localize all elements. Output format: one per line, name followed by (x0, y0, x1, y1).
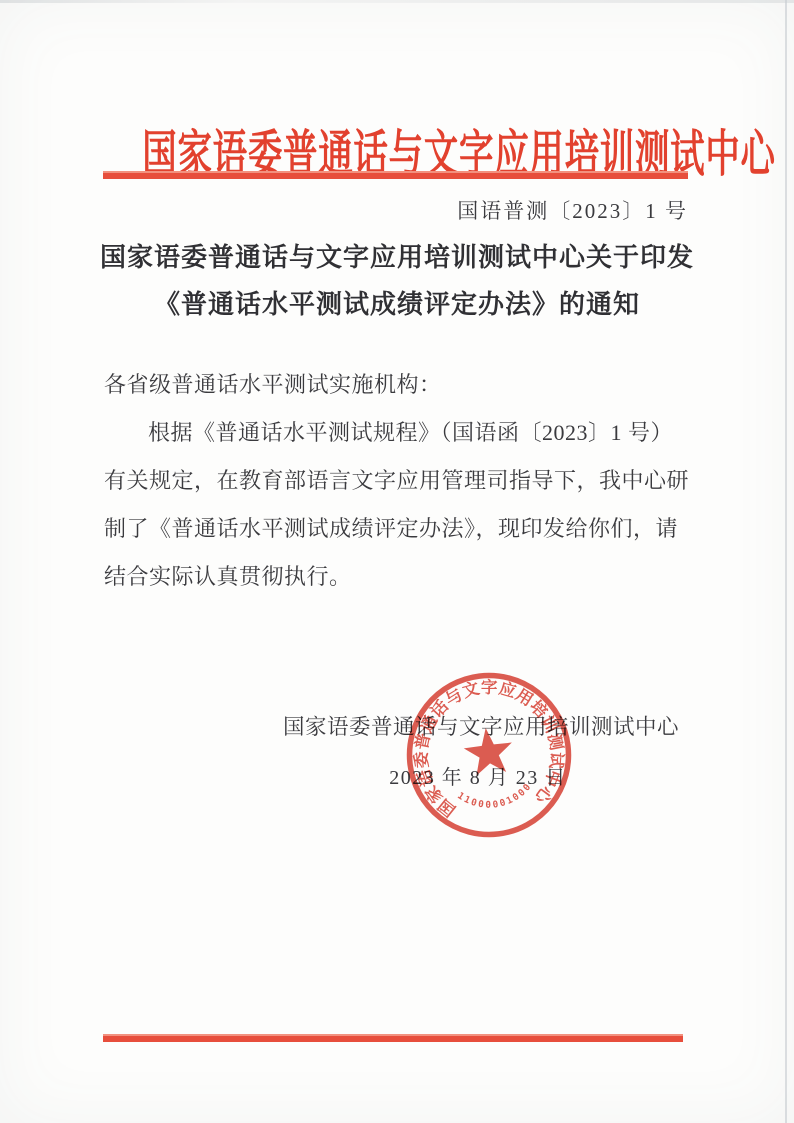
footer-red-rule (103, 1034, 683, 1042)
document-body: 各省级普通话水平测试实施机构： 根据《普通话水平测试规程》（国语函〔2023〕1… (104, 361, 696, 601)
letterhead-red-rule (103, 171, 688, 179)
body-line: 有关规定，在教育部语言文字应用管理司指导下，我中心研 (104, 457, 696, 505)
document-title: 国家语委普通话与文字应用培训测试中心关于印发 《普通话水平测试成绩评定办法》的通… (0, 234, 794, 328)
body-line: 根据《普通话水平测试规程》（国语函〔2023〕1 号） (104, 409, 696, 457)
document-title-line1: 国家语委普通话与文字应用培训测试中心关于印发 (0, 234, 794, 281)
salutation-line: 各省级普通话水平测试实施机构： (104, 361, 696, 409)
scanned-official-notice-page: 国家语委普通话与文字应用培训测试中心 国语普测〔2023〕1 号 国家语委普通话… (0, 0, 794, 1123)
seal-star-icon (462, 725, 516, 777)
official-red-seal: 国家语委普通话与文字应用培训测试中心 1100000100007 (394, 660, 583, 849)
document-title-line2: 《普通话水平测试成绩评定办法》的通知 (0, 281, 794, 328)
scan-top-edge-artifact (0, 0, 794, 3)
body-line: 结合实际认真贯彻执行。 (104, 553, 696, 601)
body-line: 制了《普通话水平测试成绩评定办法》，现印发给你们，请 (104, 505, 696, 553)
document-number: 国语普测〔2023〕1 号 (457, 195, 688, 225)
